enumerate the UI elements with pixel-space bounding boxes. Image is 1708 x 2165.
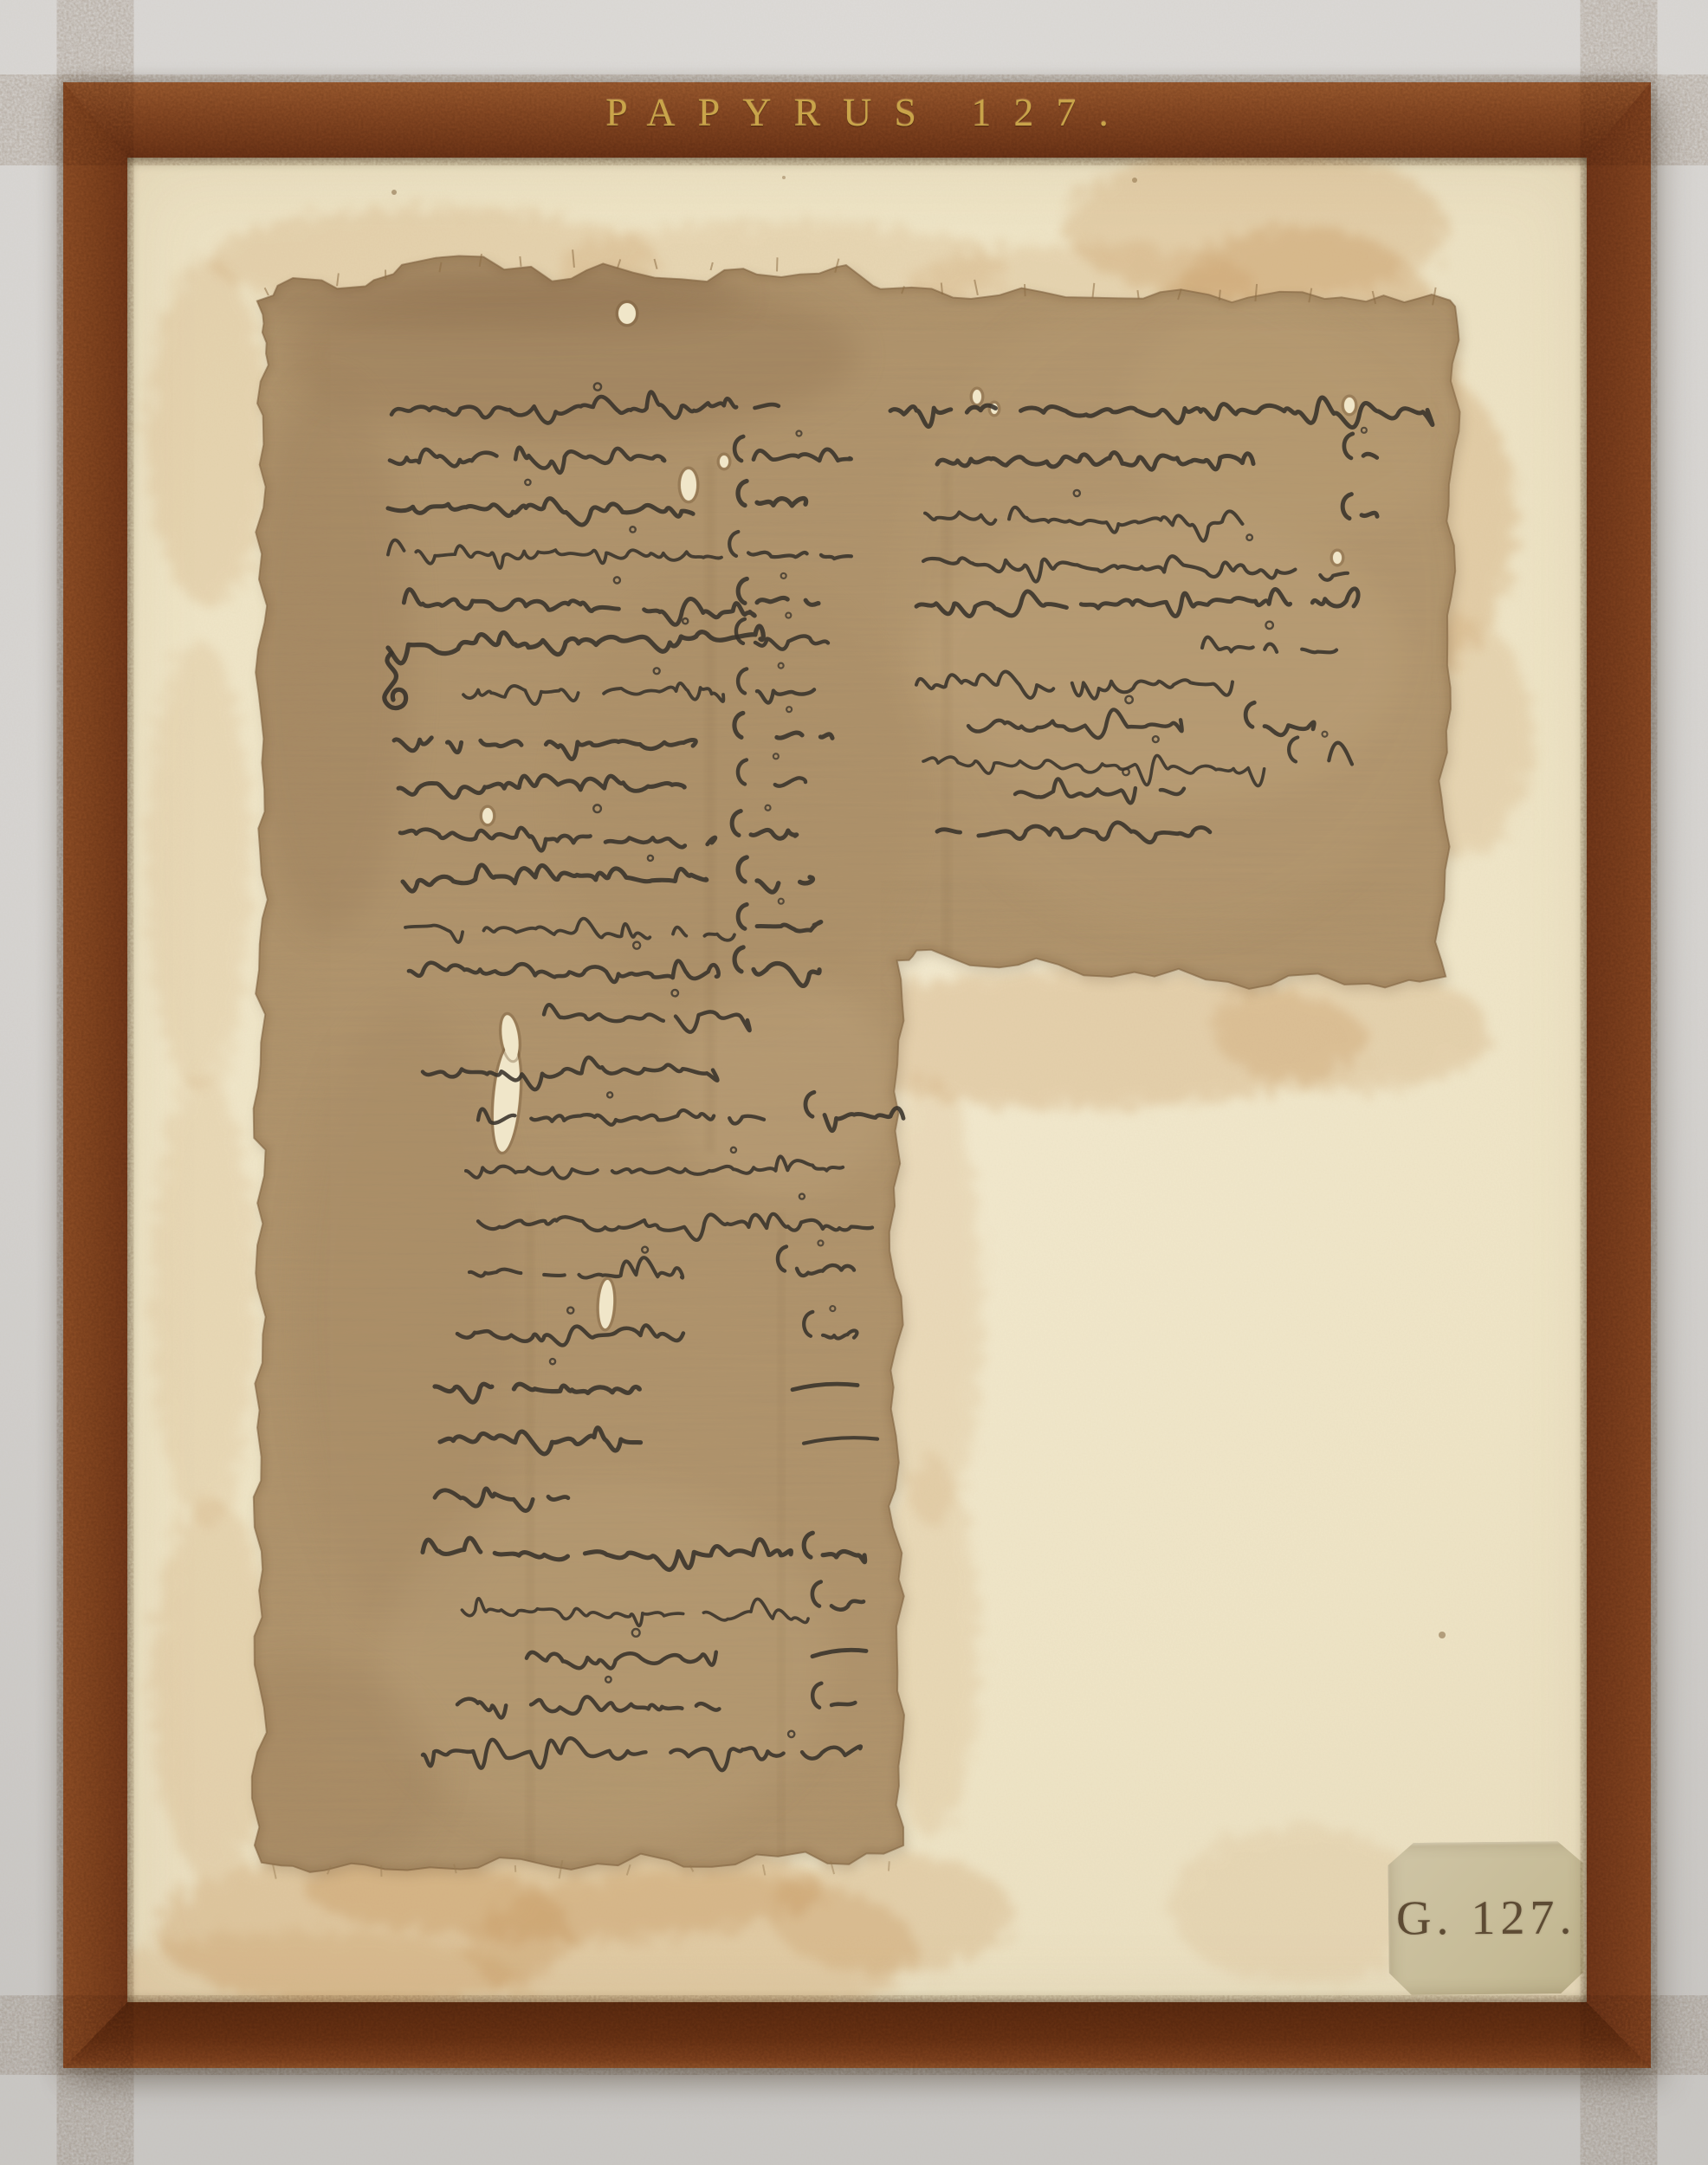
leather-frame-right bbox=[1587, 82, 1651, 2068]
collection-number-text: G. 127. bbox=[1396, 1890, 1577, 1946]
mat-board bbox=[127, 158, 1587, 2002]
frame-title-text: PAPYRUS 127. bbox=[605, 90, 1131, 134]
leather-frame-bottom bbox=[63, 2002, 1651, 2068]
collection-number-label: G. 127. bbox=[1388, 1841, 1585, 1995]
museum-photograph: G. 127. PAPYRUS 127. bbox=[0, 0, 1708, 2165]
leather-frame-left bbox=[63, 82, 127, 2068]
frame-title-stamp: PAPYRUS 127. bbox=[63, 89, 1651, 135]
